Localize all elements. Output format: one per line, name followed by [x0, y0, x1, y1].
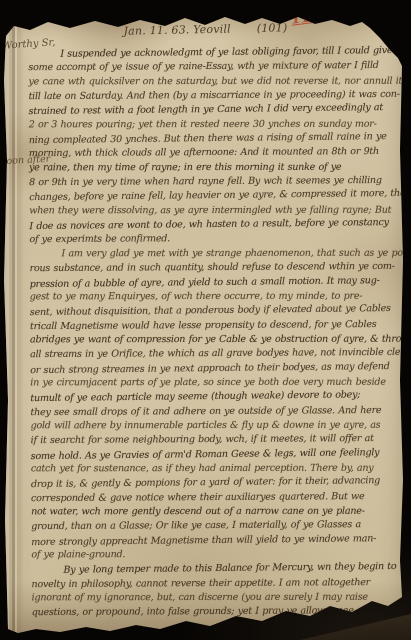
manuscript-line: ye raine, then my time of rayne; in ere … — [29, 160, 399, 175]
manuscript-photo: Jan. 11. 63. Yeovill (101) 110 Worthy Sr… — [0, 0, 411, 640]
underlying-page-edge — [300, 608, 411, 640]
manuscript-line: I am very glad ye met with ye strange ph… — [30, 246, 400, 261]
manuscript-line: ye cane wth quicksilver on the saturday,… — [28, 74, 398, 89]
manuscript-line: of ye experimts be confirmed. — [29, 231, 399, 248]
page-number: (101) — [257, 21, 288, 35]
manuscript-line: abridges ye want of compression for ye C… — [30, 333, 400, 348]
manuscript-line: corresponded & gave notice where their a… — [31, 490, 401, 507]
date-heading-row: Jan. 11. 63. Yeovill (101) — [0, 19, 411, 41]
manuscript-line: gold will adhere by innumerable particle… — [31, 419, 401, 434]
manuscript-body: I suspended ye acknowledgmt of ye last o… — [28, 45, 401, 621]
manuscript-line: they see small drops of it and adhere on… — [30, 403, 400, 420]
manuscript-line: novelty in philosophy, cannot reverse th… — [31, 576, 401, 593]
manuscript-line: tricall Magnetisme would have lesse prop… — [30, 317, 400, 334]
manuscript-line: not water, wch more gently descend out o… — [31, 505, 401, 520]
page-fold-crease — [0, 0, 24, 640]
date-heading: Jan. 11. 63. Yeovill — [123, 22, 230, 37]
manuscript-line: ignorant of my ignorance, but, can disce… — [32, 591, 402, 606]
manuscript-line: questions, or propound, into false groun… — [32, 604, 402, 621]
manuscript-page: Jan. 11. 63. Yeovill (101) 110 Worthy Sr… — [0, 0, 411, 640]
